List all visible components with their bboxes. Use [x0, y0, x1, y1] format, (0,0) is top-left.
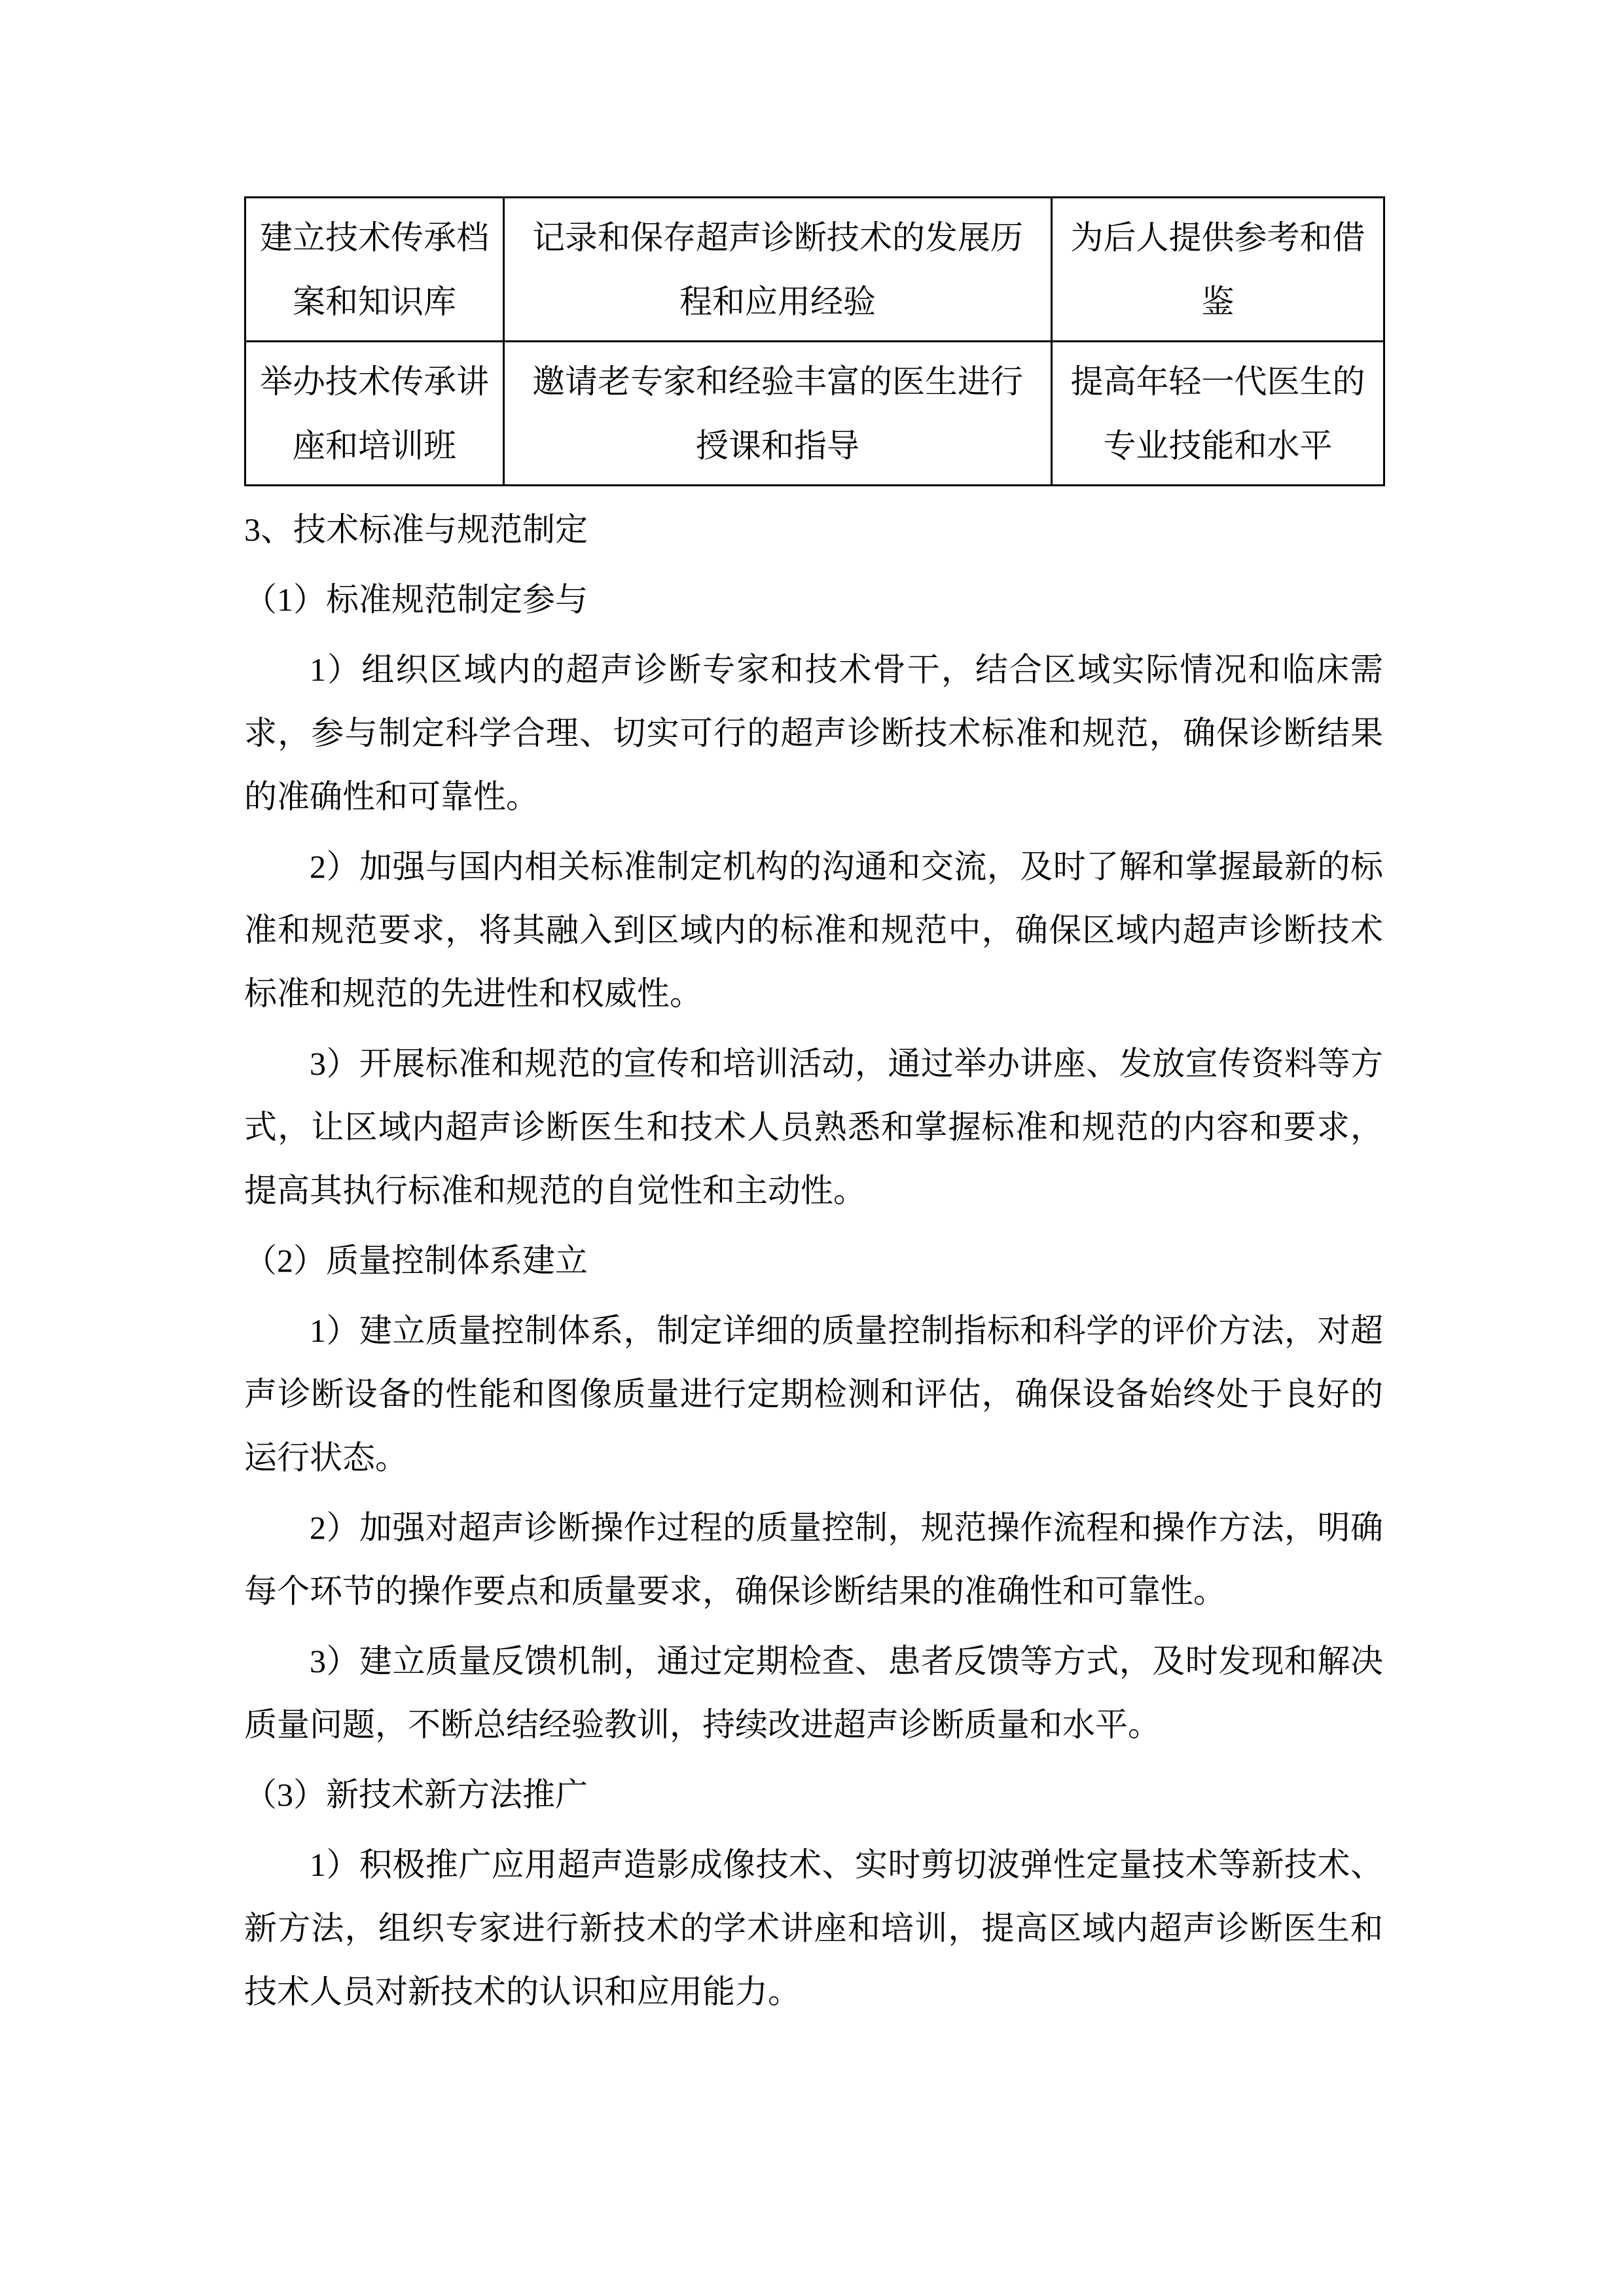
subsection-heading: （3）新技术新方法推广 [244, 1763, 1383, 1827]
body-paragraph: 2）加强对超声诊断操作过程的质量控制，规范操作流程和操作方法，明确每个环节的操作… [244, 1496, 1383, 1623]
body-paragraph: 1）建立质量控制体系，制定详细的质量控制指标和科学的评价方法，对超声诊断设备的性… [244, 1299, 1383, 1490]
table-cell-purpose: 提高年轻一代医生的专业技能和水平 [1052, 342, 1384, 486]
body-paragraph: 1）积极推广应用超声造影成像技术、实时剪切波弹性定量技术等新技术、新方法，组织专… [244, 1833, 1383, 2024]
table-cell-measure: 举办技术传承讲座和培训班 [245, 342, 504, 486]
table-row: 举办技术传承讲座和培训班 邀请老专家和经验丰富的医生进行授课和指导 提高年轻一代… [245, 342, 1384, 486]
subsection-heading: （2）质量控制体系建立 [244, 1229, 1383, 1293]
document-content: 建立技术传承档案和知识库 记录和保存超声诊断技术的发展历程和应用经验 为后人提供… [244, 196, 1383, 2024]
body-paragraph: 2）加强与国内相关标准制定机构的沟通和交流，及时了解和掌握最新的标准和规范要求，… [244, 835, 1383, 1026]
table-cell-measure: 建立技术传承档案和知识库 [245, 198, 504, 342]
table-cell-content: 邀请老专家和经验丰富的医生进行授课和指导 [504, 342, 1052, 486]
body-paragraph: 3）开展标准和规范的宣传和培训活动，通过举办讲座、发放宣传资料等方式，让区域内超… [244, 1032, 1383, 1223]
table-cell-content: 记录和保存超声诊断技术的发展历程和应用经验 [504, 198, 1052, 342]
body-paragraph: 3）建立质量反馈机制，通过定期检查、患者反馈等方式，及时发现和解决质量问题，不断… [244, 1630, 1383, 1757]
body-paragraph: 1）组织区域内的超声诊断专家和技术骨干，结合区域实际情况和临床需求，参与制定科学… [244, 638, 1383, 829]
subsection-heading: （1）标准规范制定参与 [244, 568, 1383, 632]
document-page: 建立技术传承档案和知识库 记录和保存超声诊断技术的发展历程和应用经验 为后人提供… [0, 0, 1624, 2296]
table-row: 建立技术传承档案和知识库 记录和保存超声诊断技术的发展历程和应用经验 为后人提供… [245, 198, 1384, 342]
table-cell-purpose: 为后人提供参考和借鉴 [1052, 198, 1384, 342]
technical-inheritance-table: 建立技术传承档案和知识库 记录和保存超声诊断技术的发展历程和应用经验 为后人提供… [244, 196, 1385, 486]
body-text: 3、技术标准与规范制定 （1）标准规范制定参与 1）组织区域内的超声诊断专家和技… [244, 498, 1383, 2024]
section-heading: 3、技术标准与规范制定 [244, 498, 1383, 562]
